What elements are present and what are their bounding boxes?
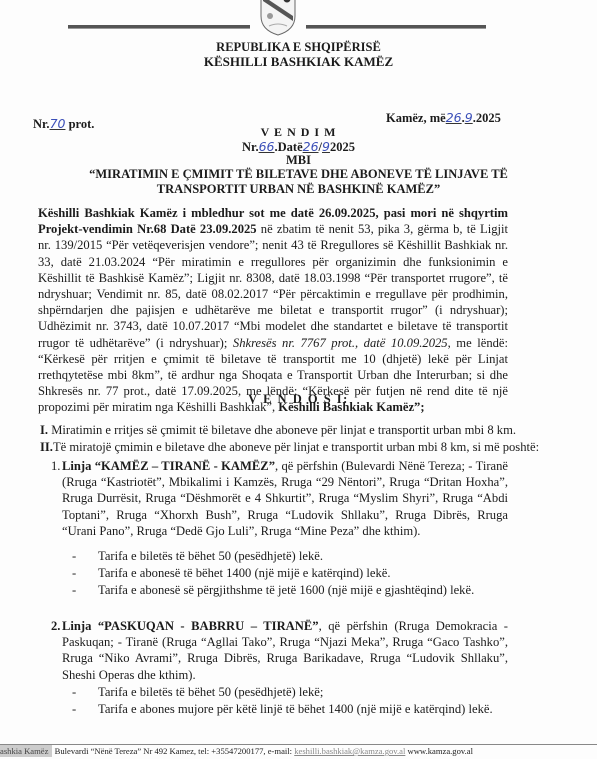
place-date-prefix: Kamëz, më — [386, 111, 446, 125]
decision-subject-line2: TRANSPORTIT URBAN NË BASHKINË KAMËZ” — [0, 182, 597, 197]
decision-date-label: .Datë — [275, 140, 303, 154]
preamble-legal-basis: në zbatim të nenit 53, pika 3, gërma b, … — [38, 222, 508, 349]
line-2-tariff: -Tarifa e abones mujore për këtë linjë t… — [72, 701, 493, 717]
document-page: REPUBLIKA E SHQIPËRISË KËSHILLI BASHKIAK… — [0, 0, 597, 759]
line-1-tariff-subscription: Tarifa e abonesë të bëhet 1400 (një mijë… — [98, 566, 391, 580]
line-2-tariff: -Tarifa e biletës të bëhet 50 (pesëdhjet… — [72, 684, 323, 700]
line-1-tariff: -Tarifa e biletës të bëhet 50 (pesëdhjet… — [72, 548, 323, 564]
decision-date-year: 2025 — [330, 140, 355, 154]
line-2-tariff-subscription: Tarifa e abones mujore për këtë linjë të… — [98, 702, 493, 716]
line-1-tariff: -Tarifa e abonesë së përgjithshme të jet… — [72, 582, 474, 598]
line-1-name: Linja “KAMËZ – TIRANË - KAMËZ” — [62, 459, 275, 473]
footer: ashkia Kamëz Bulevardi “Nënë Tereza” Nr … — [0, 746, 473, 756]
decision-mbi: MBI — [0, 153, 597, 168]
footer-address: Bulevardi “Nënë Tereza” Nr 492 Kamez, te… — [52, 746, 294, 756]
date-year: .2025 — [473, 111, 501, 125]
point-2: II.Të miratojë çmimin e biletave dhe abo… — [40, 439, 560, 455]
point-2-num: II. — [40, 440, 53, 454]
footer-divider — [0, 744, 597, 745]
point-1: I. Miratimin e rritjes së çmimit të bile… — [40, 422, 540, 438]
decision-nr-value: 66 — [259, 139, 275, 154]
date-day: 26 — [446, 110, 462, 125]
decision-subject-line1: “MIRATIMIN E ÇMIMIT TË BILETAVE DHE ABON… — [0, 167, 597, 182]
decision-date-month: 9 — [322, 139, 330, 154]
vendosi-heading: V E N D O S I: — [0, 392, 597, 407]
preamble-italic-reference: Shkresës nr. 7767 prot., datë 10.09.2025 — [233, 336, 448, 350]
line-1-tariff-ticket: Tarifa e biletës të bëhet 50 (pesëdhjetë… — [98, 549, 323, 563]
footer-website[interactable]: www.kamza.gov.al — [405, 746, 473, 756]
council-heading: KËSHILLI BASHKIAK KAMËZ — [0, 54, 597, 70]
crest-icon — [257, 0, 299, 36]
line-1-tariff: -Tarifa e abonesë të bëhet 1400 (një mij… — [72, 565, 391, 581]
header-rule-right — [306, 25, 486, 29]
decision-title: V E N D I M — [0, 125, 597, 140]
place-date: Kamëz, më26.9.2025 — [386, 110, 501, 126]
line-2-tariff-ticket: Tarifa e biletës të bëhet 50 (pesëdhjetë… — [98, 685, 323, 699]
footer-tag: ashkia Kamëz — [0, 745, 52, 757]
point-1-text: Miratimin e rritjes së çmimit të biletav… — [51, 423, 516, 437]
point-1-num: I. — [40, 423, 48, 437]
decision-date-day: 26 — [303, 139, 319, 154]
footer-email-link[interactable]: keshilli.bashkiak@kamza.gov.al — [294, 746, 405, 756]
line-2-description: Linja “PASKUQAN - BABRRU – TIRANË”, që p… — [62, 618, 508, 683]
line-2-number: 2. — [51, 618, 60, 634]
line-2-name: Linja “PASKUQAN - BABRRU – TIRANË” — [62, 619, 319, 633]
header-rule-left — [68, 25, 250, 29]
date-month: 9 — [465, 110, 473, 125]
line-1-description: Linja “KAMËZ – TIRANË - KAMËZ”, që përfs… — [62, 458, 508, 539]
country-heading: REPUBLIKA E SHQIPËRISË — [0, 40, 597, 55]
point-2-text: Të miratojë çmimin e biletave dhe abonev… — [53, 440, 539, 454]
line-1-tariff-general: Tarifa e abonesë së përgjithshme të jetë… — [98, 583, 474, 597]
preamble: Këshilli Bashkiak Kamëz i mbledhur sot m… — [38, 205, 508, 416]
decision-nr-prefix: Nr. — [242, 140, 259, 154]
line-1-number: 1. — [51, 458, 60, 474]
